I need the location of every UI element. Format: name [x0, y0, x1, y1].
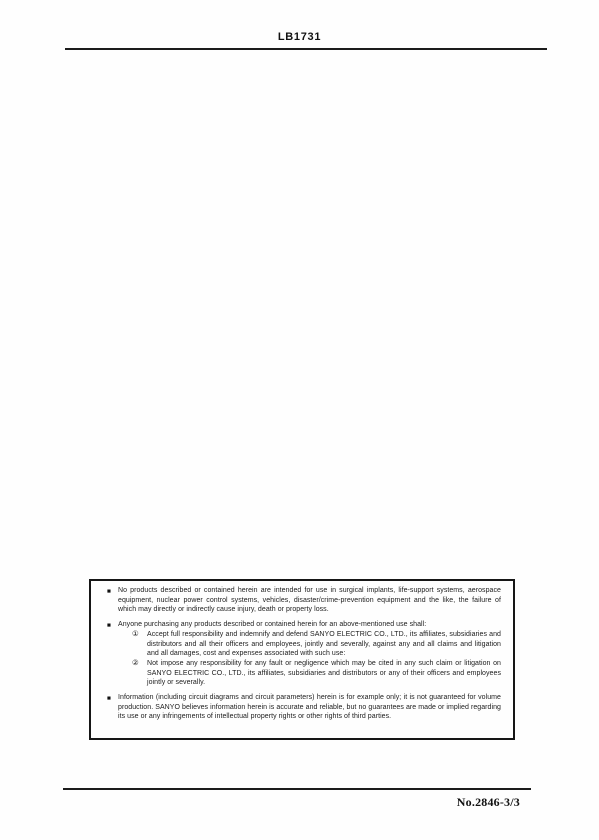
disclaimer-text: Anyone purchasing any products described… — [118, 621, 426, 628]
datasheet-page: LB1731 ■ No products described or contai… — [0, 0, 599, 840]
circled-2-icon: ② — [132, 658, 139, 668]
disclaimer-subitem: ① Accept full responsibility and indemni… — [132, 630, 501, 659]
disclaimer-item: ■ Information (including circuit diagram… — [107, 693, 501, 722]
doc-number: No.2846-3/3 — [457, 795, 520, 810]
disclaimer-box: ■ No products described or contained her… — [89, 579, 515, 740]
disclaimer-item: ■ Anyone purchasing any products describ… — [107, 620, 501, 688]
square-bullet-icon: ■ — [107, 621, 111, 631]
square-bullet-icon: ■ — [107, 694, 111, 704]
disclaimer-item: ■ No products described or contained her… — [107, 586, 501, 615]
disclaimer-text: No products described or contained herei… — [118, 587, 501, 613]
part-number-title: LB1731 — [0, 31, 599, 43]
square-bullet-icon: ■ — [107, 587, 111, 597]
header-rule — [65, 48, 547, 50]
disclaimer-text: Information (including circuit diagrams … — [118, 694, 501, 720]
footer-rule — [63, 788, 531, 790]
disclaimer-subitem-text: Accept full responsibility and indemnify… — [147, 631, 501, 657]
disclaimer-subitem: ② Not impose any responsibility for any … — [132, 659, 501, 688]
disclaimer-subitem-text: Not impose any responsibility for any fa… — [147, 660, 501, 686]
circled-1-icon: ① — [132, 629, 139, 639]
